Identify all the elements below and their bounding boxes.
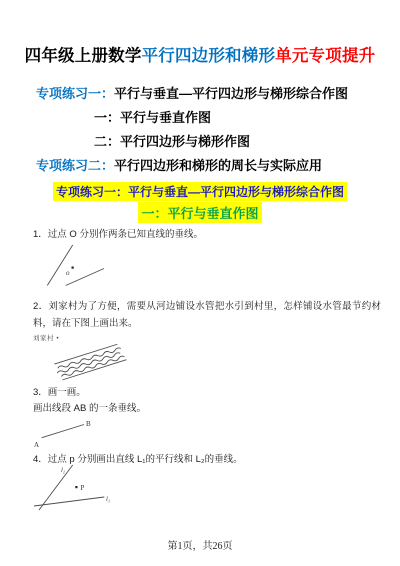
toc-line-4-text: 平行四边形和梯形的周长与实际应用 xyxy=(114,158,322,173)
figure-q4-line-l1 xyxy=(34,497,104,506)
title-topic-part: 平行四边形和梯形 xyxy=(142,47,276,65)
question-1-text: 1．过点 O 分别作两条已知直线的垂线。 xyxy=(33,226,203,240)
title-grade-part: 四年级上册数学 xyxy=(25,47,142,65)
figure-q1-point-dot xyxy=(72,267,74,269)
figure-q4: l₂ l₁ P xyxy=(30,460,120,515)
page-number: 第1页，共26页 xyxy=(0,537,400,552)
village-point-dot: • xyxy=(56,335,59,342)
highlight-row-1: 专项练习一：平行与垂直—平行四边形与梯形综合作图 xyxy=(0,182,400,201)
question-3-title: 3．画一画。 xyxy=(33,384,86,398)
figure-q4-point-label: P xyxy=(81,484,85,492)
question-3-subtitle: 画出线段 AB 的一条垂线。 xyxy=(33,400,146,414)
highlight-row-2: 一：平行与垂直作图 xyxy=(0,202,400,223)
toc-line-2: 一：平行与垂直作图 xyxy=(36,110,348,134)
page-title: 四年级上册数学平行四边形和梯形单元专项提升 xyxy=(0,45,400,67)
toc-line-4-label: 专项练习二： xyxy=(36,158,114,173)
title-emphasis-part: 单元专项提升 xyxy=(275,47,375,65)
river-wave-1 xyxy=(57,347,121,369)
worksheet-page: 四年级上册数学平行四边形和梯形单元专项提升 专项练习一：平行与垂直—平行四边形与… xyxy=(0,0,400,566)
village-name: 刘家村 xyxy=(33,335,54,342)
toc-line-1-text: 平行与垂直—平行四边形与梯形综合作图 xyxy=(114,86,348,101)
highlight-heading-2: 一：平行与垂直作图 xyxy=(138,202,261,223)
table-of-contents: 专项练习一：平行与垂直—平行四边形与梯形综合作图 一：平行与垂直作图 二：平行四… xyxy=(36,86,348,182)
figure-q4-label-l1: l₁ xyxy=(106,496,110,503)
figure-q3-segment-ab xyxy=(42,425,84,438)
figure-q1-line-shallow xyxy=(66,269,104,286)
toc-line-3: 二：平行四边形与梯形作图 xyxy=(36,134,348,158)
river-wave-2 xyxy=(57,352,121,374)
figure-q4-point-dot xyxy=(75,486,77,488)
figure-q2-river xyxy=(45,342,145,387)
question-2-text: 2．刘家村为了方便，需要从河边铺设水管把水引到村里，怎样铺设水管最节约材料，请在… xyxy=(33,298,381,332)
village-label: 刘家村 • xyxy=(33,333,59,342)
toc-line-4: 专项练习二：平行四边形和梯形的周长与实际应用 xyxy=(36,158,348,182)
figure-q1-point-label: o xyxy=(66,269,70,277)
toc-line-1-label: 专项练习一： xyxy=(36,86,114,101)
figure-q3-label-a: A xyxy=(34,441,39,449)
toc-line-1: 专项练习一：平行与垂直—平行四边形与梯形综合作图 xyxy=(36,86,348,110)
figure-q1: o xyxy=(35,242,155,294)
figure-q3-label-b: B xyxy=(86,420,91,428)
river-group xyxy=(54,343,126,381)
figure-q4-label-l2: l₂ xyxy=(61,467,66,474)
figure-q3: B A xyxy=(32,414,102,452)
highlight-heading-1: 专项练习一：平行与垂直—平行四边形与梯形综合作图 xyxy=(53,182,347,201)
figure-q1-line-steep xyxy=(47,245,72,286)
